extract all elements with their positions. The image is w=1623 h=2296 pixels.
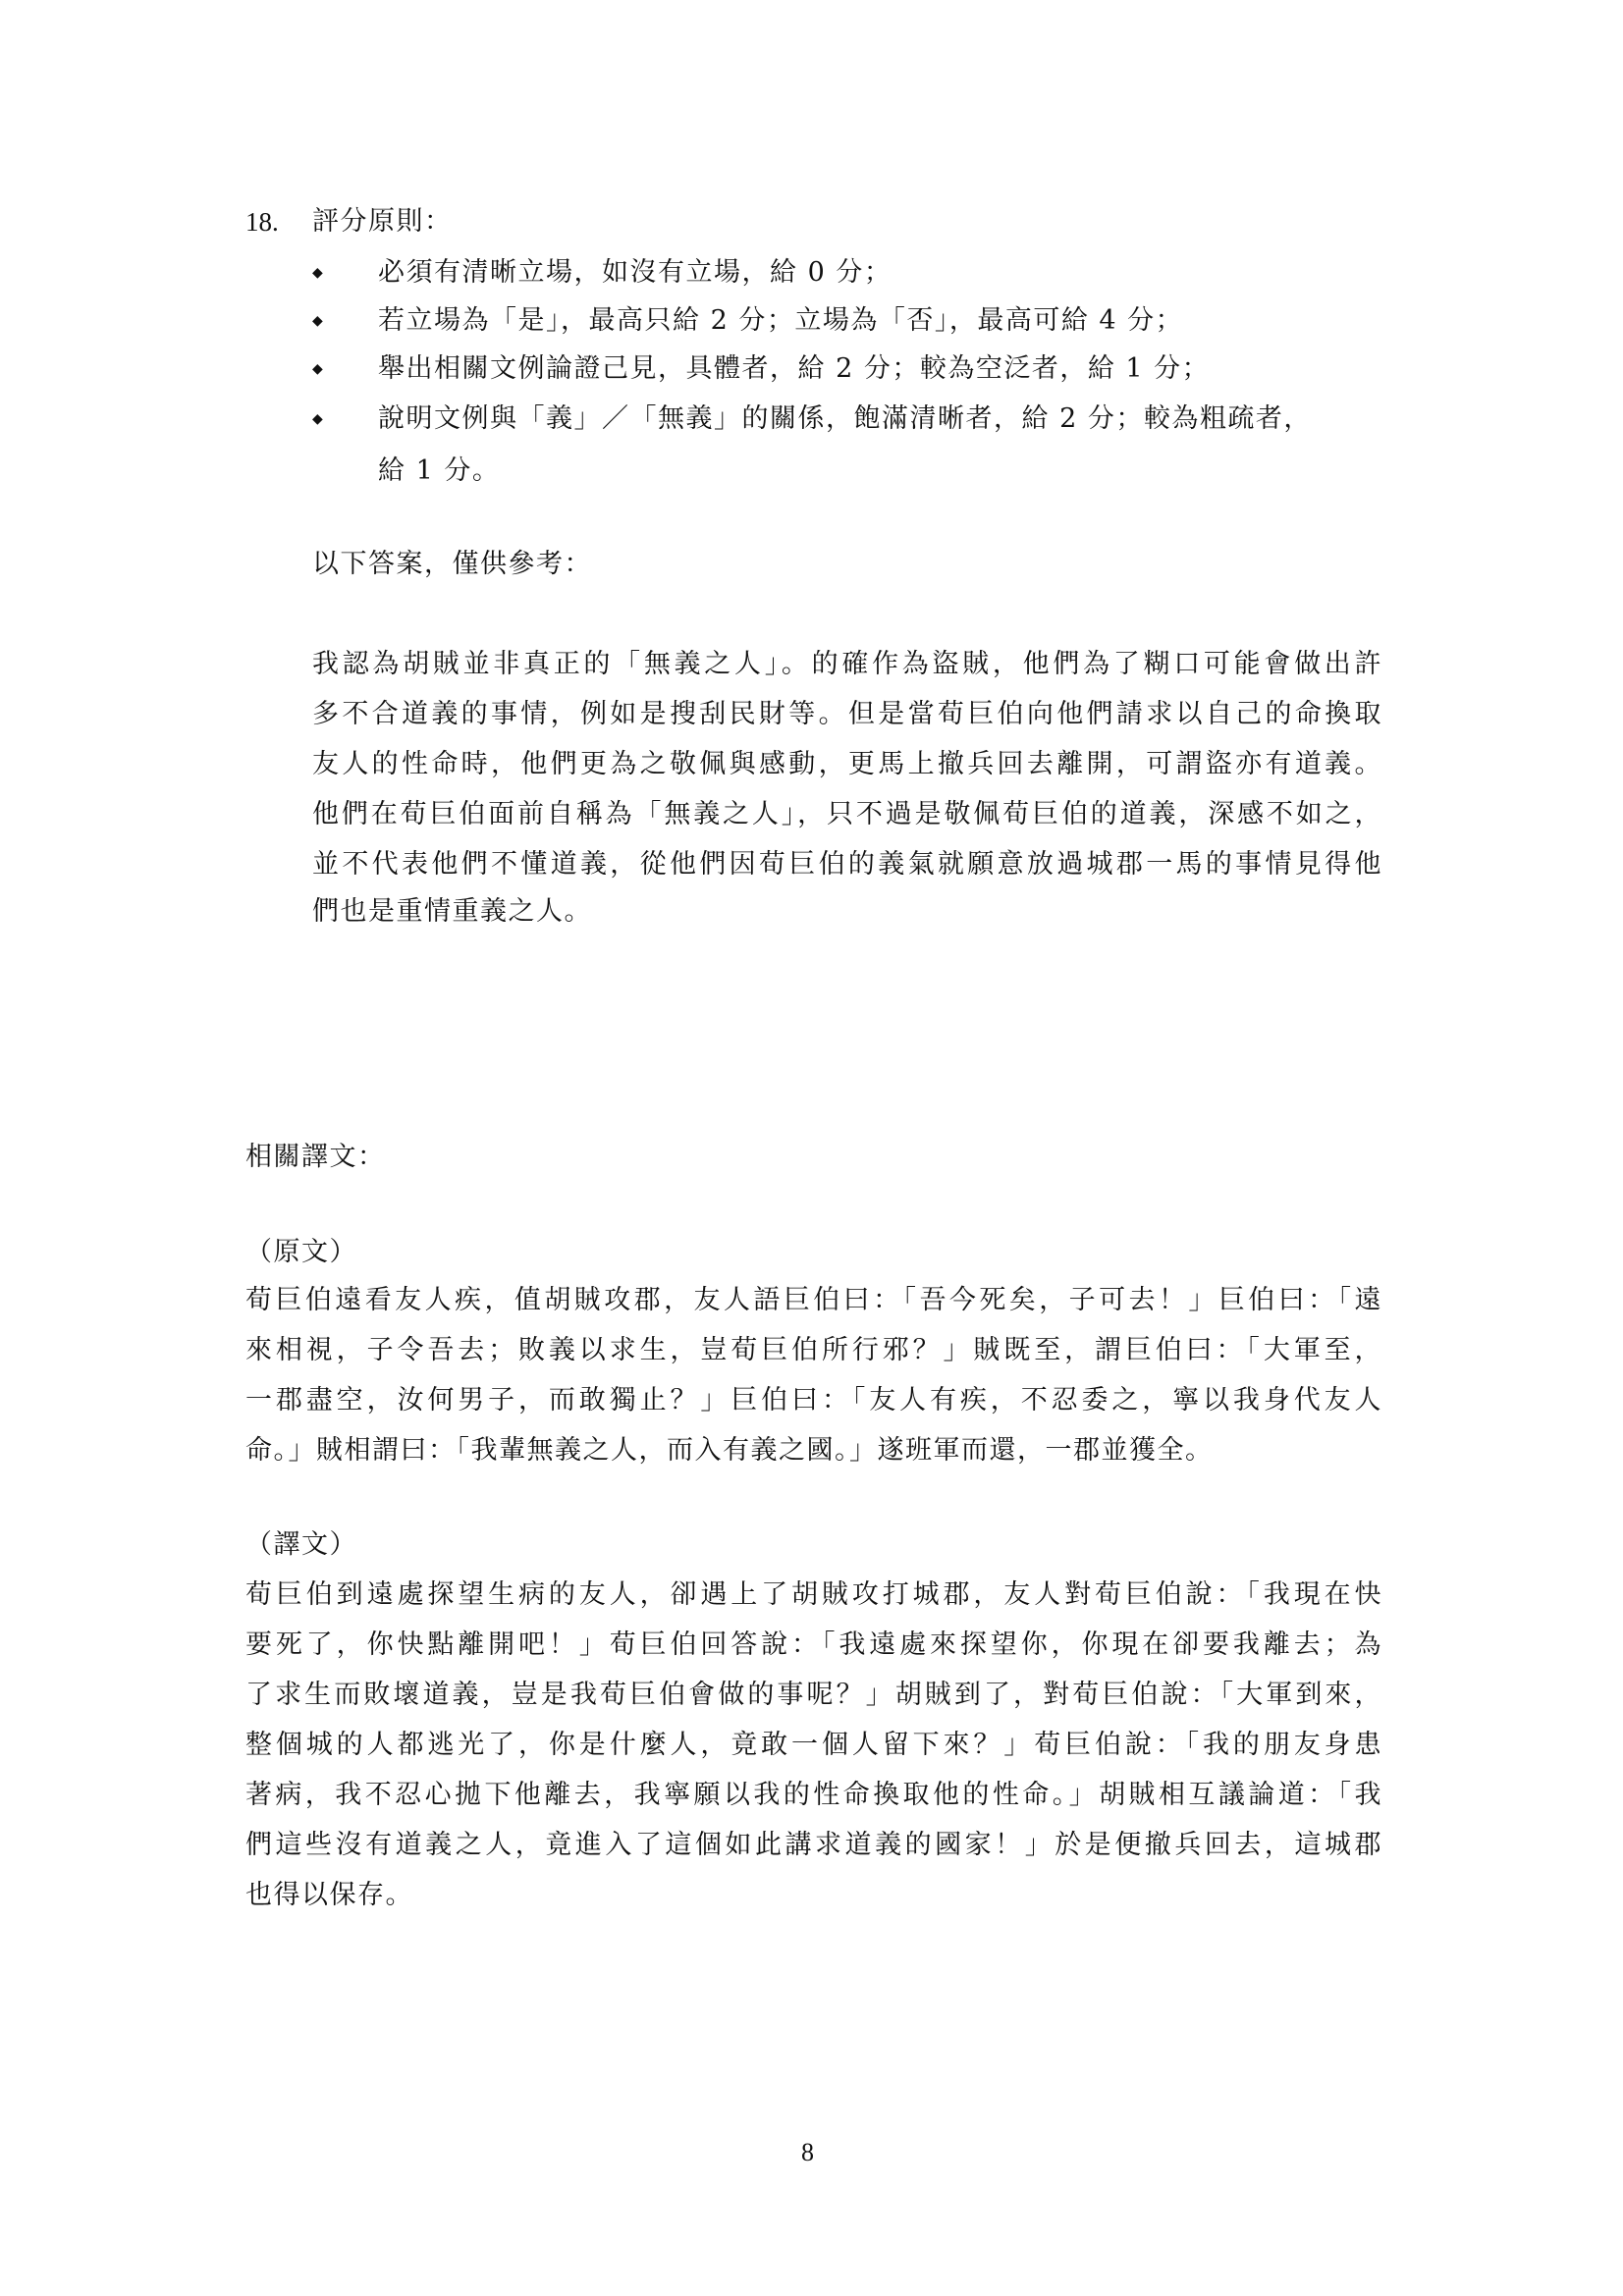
paragraph-line: 來相視，子令吾去；敗義以求生，豈荀巨伯所行邪？」賊既至，謂巨伯曰：「大軍至， (245, 1334, 1382, 1367)
paragraph-line: 命。」賊相謂曰：「我輩無義之人，而入有義之國。」遂班軍而還，一郡並獲全。 (245, 1434, 1214, 1468)
paragraph-line: 整個城的人都逃光了，你是什麼人，竟敢一個人留下來？」荀巨伯說：「我的朋友身患 (245, 1729, 1382, 1762)
criterion-item: 說明文例與「義」／「無義」的關係，飽滿清晰者，給 2 分；較為粗疏者， (378, 402, 1355, 436)
reference-intro: 以下答案，僅供參考： (312, 548, 592, 581)
paragraph-line: 多不合道義的事情，例如是搜刮民財等。但是當荀巨伯向他們請求以自己的命換取 (312, 698, 1382, 731)
diamond-bullet-icon: ◆ (312, 256, 323, 290)
question-number: 18. (245, 205, 279, 239)
paragraph-line: 他們在荀巨伯面前自稱為「無義之人」，只不過是敬佩荀巨伯的道義，深感不如之， (312, 798, 1382, 831)
criterion-item-continuation: 給 1 分。 (378, 454, 500, 488)
criterion-item: 舉出相關文例論證己見，具體者，給 2 分；較為空泛者，給 1 分； (378, 352, 1210, 386)
paragraph-line: 我認為胡賊並非真正的「無義之人」。的確作為盜賊，他們為了糊口可能會做出許 (312, 648, 1382, 681)
diamond-bullet-icon: ◆ (312, 352, 323, 386)
criterion-item: 必須有清晰立場，如沒有立場，給 0 分； (378, 256, 892, 290)
paragraph-line: 要死了，你快點離開吧！」荀巨伯回答說：「我遠處來探望你，你現在卻要我離去；為 (245, 1629, 1382, 1662)
question-title: 評分原則： (312, 205, 453, 239)
paragraph-line: 了求生而敗壞道義，豈是我荀巨伯會做的事呢？」胡賊到了，對荀巨伯說：「大軍到來， (245, 1679, 1382, 1712)
criterion-item: 若立場為「是」，最高只給 2 分；立場為「否」，最高可給 4 分； (378, 304, 1183, 338)
paragraph-line: 友人的性命時，他們更為之敬佩與感動，更馬上撤兵回去離開，可謂盜亦有道義。 (312, 748, 1382, 781)
paragraph-line: 們也是重情重義之人。 (312, 895, 592, 929)
paragraph-line: 一郡盡空，汝何男子，而敢獨止？」巨伯曰：「友人有疾，不忍委之，寧以我身代友人 (245, 1384, 1382, 1417)
paragraph-line: 荀巨伯遠看友人疾，值胡賊攻郡，友人語巨伯曰：「吾今死矣，子可去！」巨伯曰：「遠 (245, 1284, 1382, 1317)
translation-heading: 相關譯文： (245, 1141, 386, 1174)
paragraph-line: 們這些沒有道義之人，竟進入了這個如此講求道義的國家！」於是便撤兵回去，這城郡 (245, 1829, 1382, 1862)
translated-text-label: （譯文） (245, 1528, 357, 1562)
paragraph-line: 荀巨伯到遠處探望生病的友人，卻遇上了胡賊攻打城郡，友人對荀巨伯說：「我現在快 (245, 1578, 1382, 1612)
paragraph-line: 也得以保存。 (245, 1879, 413, 1912)
original-text-label: （原文） (245, 1236, 357, 1269)
diamond-bullet-icon: ◆ (312, 304, 323, 338)
paragraph-line: 並不代表他們不懂道義，從他們因荀巨伯的義氣就願意放過城郡一馬的事情見得他 (312, 848, 1382, 881)
page-number: 8 (801, 2136, 814, 2169)
diamond-bullet-icon: ◆ (312, 402, 323, 436)
paragraph-line: 著病，我不忍心拋下他離去，我寧願以我的性命換取他的性命。」胡賊相互議論道：「我 (245, 1779, 1382, 1812)
